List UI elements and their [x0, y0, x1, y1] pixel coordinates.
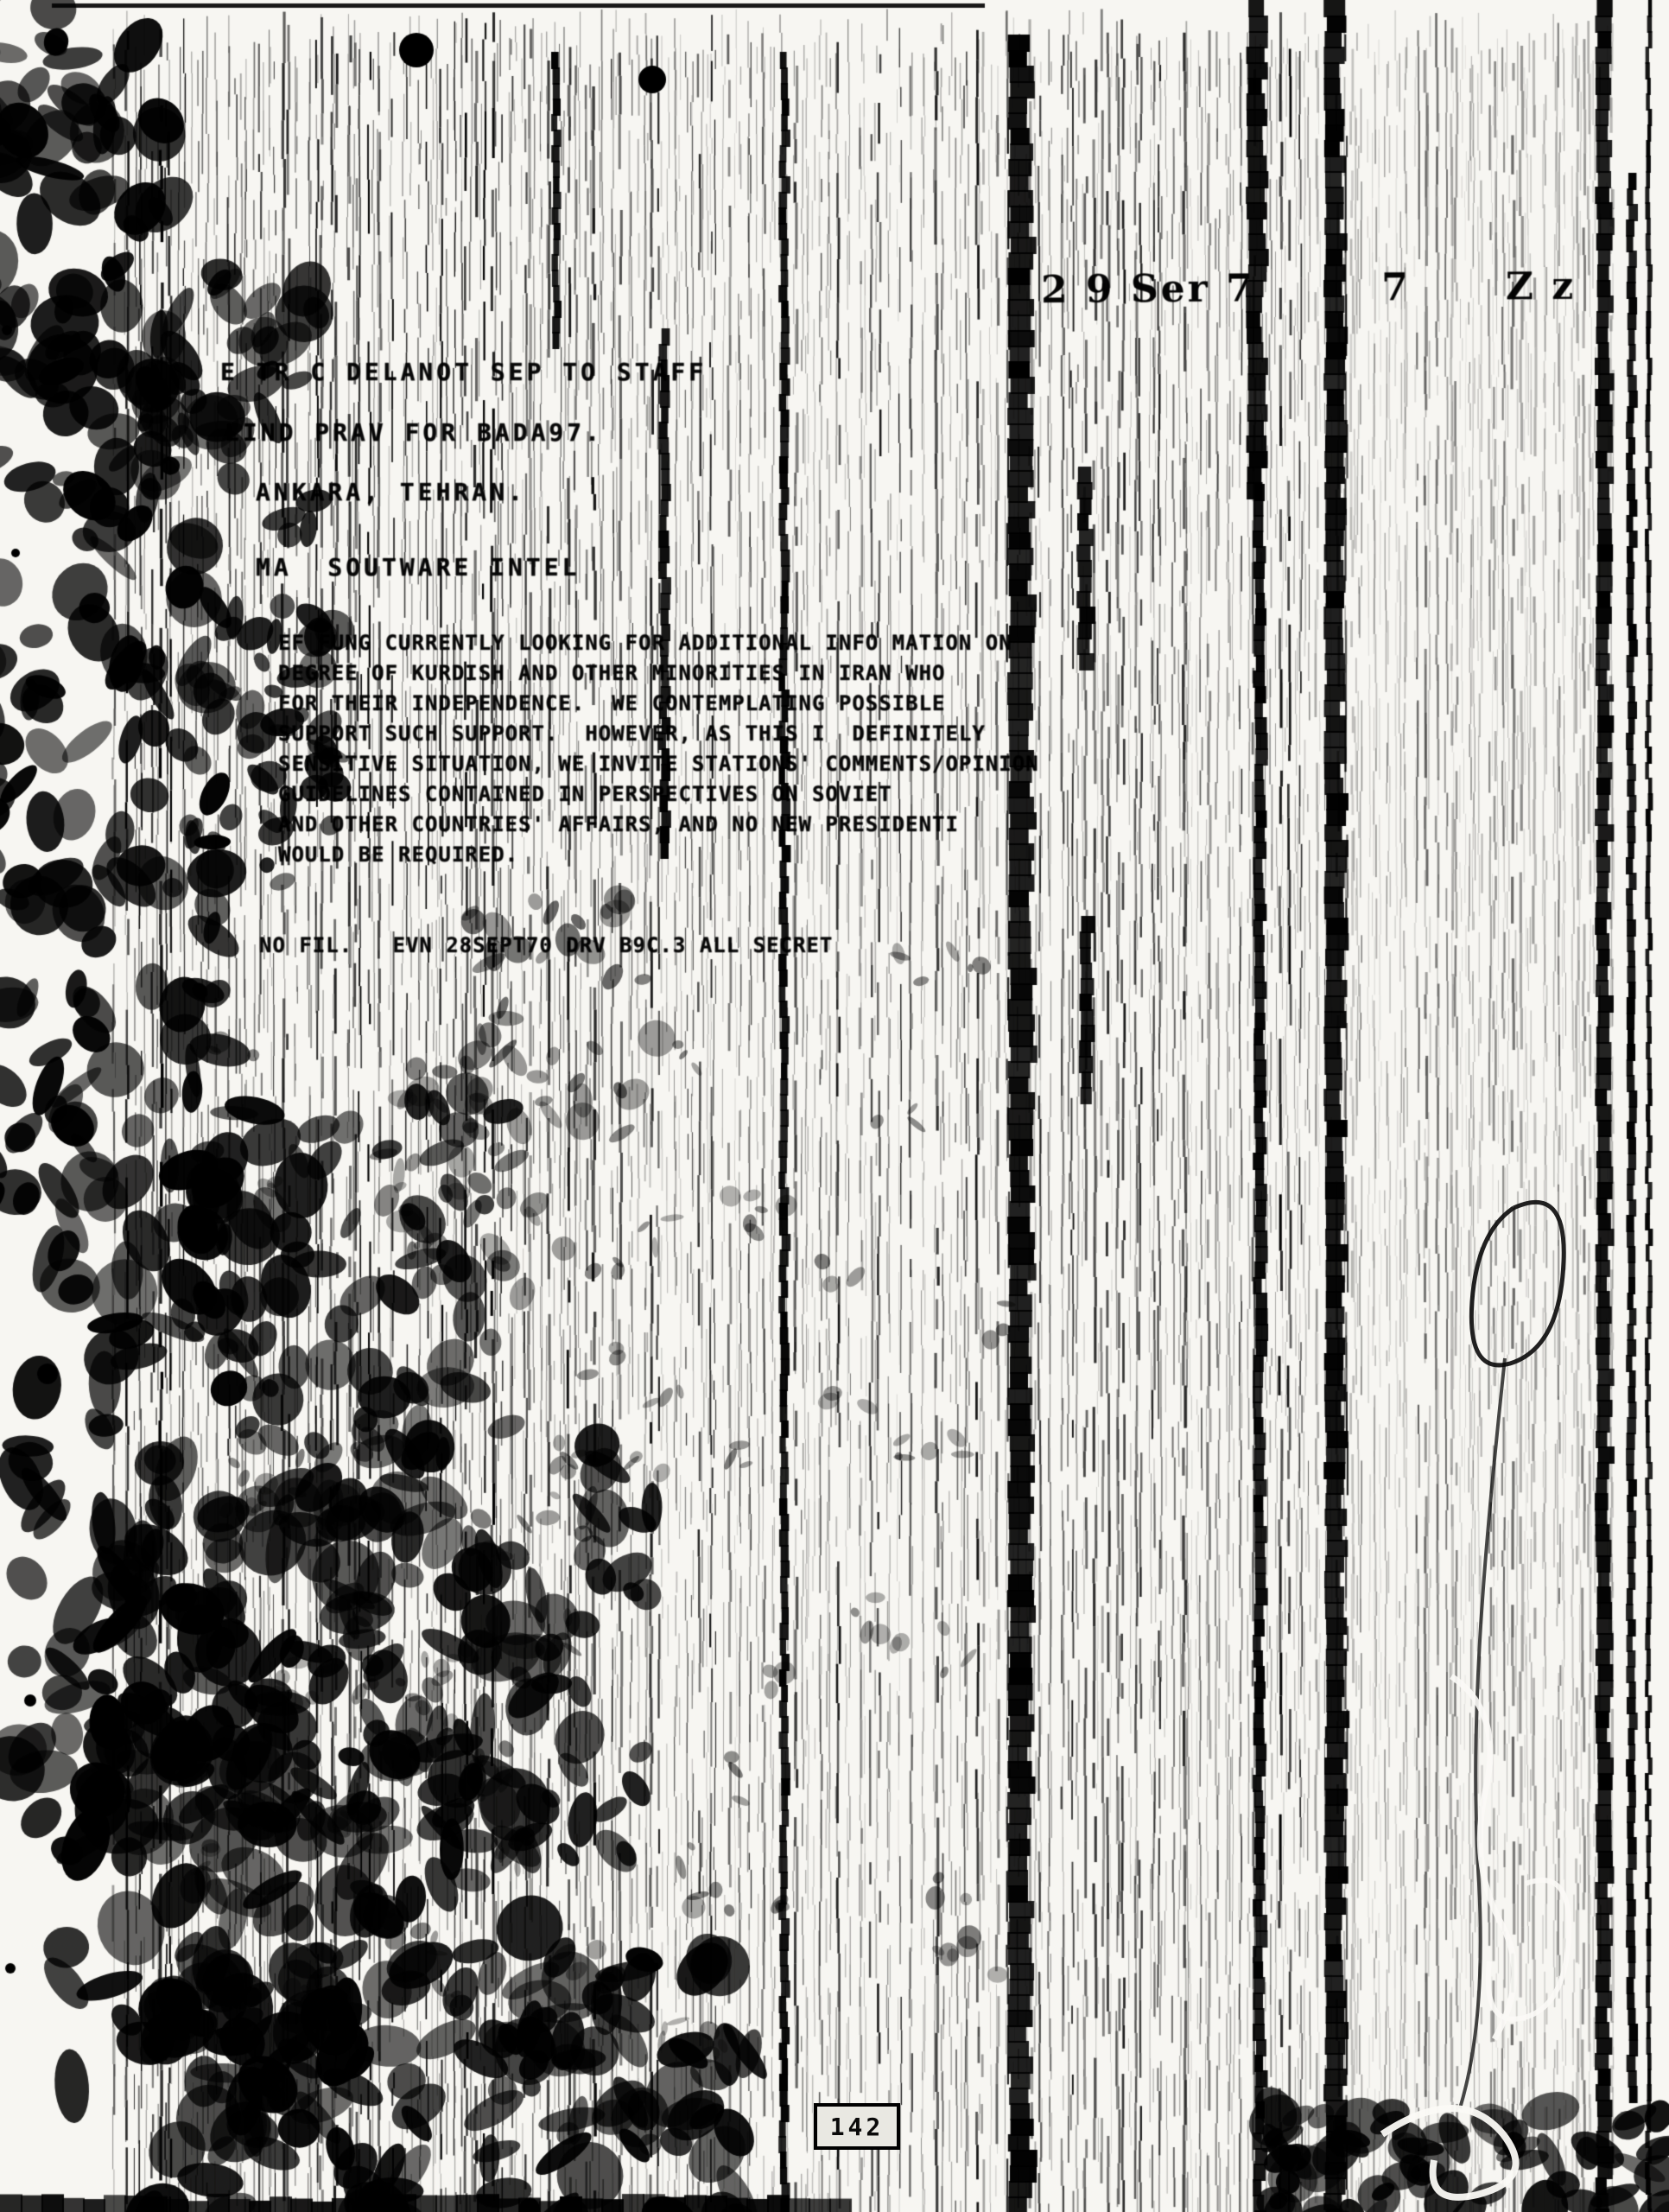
page-number-box: 142 — [814, 2103, 900, 2150]
typewritten-text-layer: 2 9 Ser 7 7 Z z E TR C DELANOT SEP TO ST… — [0, 0, 1669, 2212]
cable-body-line: GUIDELINES CONTAINED IN PERSPECTIVES ON … — [278, 782, 892, 806]
cable-body-line: EF FUNG CURRENTLY LOOKING FOR ADDITIONAL… — [278, 631, 1012, 655]
cable-body-line: DEGREE OF KURDISH AND OTHER MINORITIES I… — [278, 661, 945, 685]
cable-header-line: MA SOUTWARE INTEL — [256, 553, 580, 582]
scanned-cable-page: 2 9 Ser 7 7 Z z E TR C DELANOT SEP TO ST… — [0, 0, 1669, 2212]
page-number: 142 — [830, 2113, 885, 2141]
cable-header-line: E TR C DELANOT SEP TO STAFF — [220, 358, 707, 386]
cable-body-line: AND OTHER COUNTRIES' AFFAIRS, AND NO NEW… — [278, 812, 959, 836]
cable-header-line: LIND PRAV FOR BADA97. — [225, 418, 603, 447]
cable-body-line: SUPPORT SUCH SUPPORT. HOWEVER, AS THIS I… — [278, 721, 986, 746]
cable-body-line: SENSITIVE SITUATION, WE INVITE STATIONS'… — [278, 752, 1039, 776]
cable-signoff-line: NO FIL. EVN 28SEPT70 DRV B9C.3 ALL SECRE… — [259, 933, 833, 957]
date-time-stamp: 2 9 Ser 7 7 Z z — [1041, 264, 1577, 312]
cable-header-line: ANKARA, TEHRAN. — [256, 478, 526, 506]
cable-body-line: WOULD BE REQUIRED. — [278, 842, 518, 867]
cable-body-line: FOR THEIR INDEPENDENCE. WE CONTEMPLATING… — [278, 691, 945, 715]
